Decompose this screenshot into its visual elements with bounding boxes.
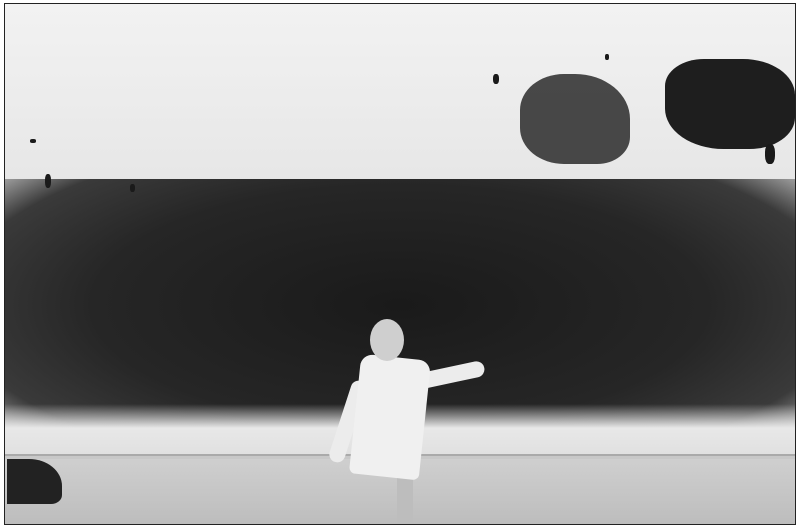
dark-paint-patch: [520, 74, 630, 164]
photograph: [4, 3, 796, 525]
dark-paint-patch: [665, 59, 795, 149]
child-figure: [335, 319, 495, 525]
child-smock: [349, 354, 431, 481]
child-head: [370, 319, 404, 361]
